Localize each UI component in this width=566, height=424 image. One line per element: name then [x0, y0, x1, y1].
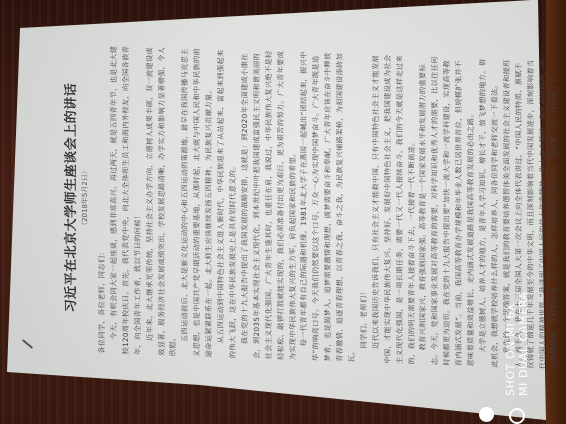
- document-paragraph: 每一代青年都有自己的际遇和机缘。1981年北大学子在燕园一起喊出“团结起来，振兴…: [298, 51, 358, 363]
- watermark-text: SHOT ON MI 6X MI DUAL CAMERA: [504, 291, 530, 396]
- document-paragraph: 五四运动前后，北大是新文化运动的中心和五四运动的策源地，最早在我国传播马克思主义…: [179, 46, 215, 357]
- document-body: 各位同学，各位老师，同志们： 今天，有机会同大家一起座谈，感到非常高兴。再过两天…: [96, 43, 518, 368]
- document-paragraph: 我在党的十九大报告中提出了我国发展的战略安排，这就是：到2020年全面建成小康社…: [239, 48, 299, 360]
- document-paragraph: 今天，有机会同大家一起座谈，感到非常高兴。再过两天，就是五四青年节，也是北大建校…: [108, 44, 144, 355]
- document-paragraph: 各位同学，各位老师，同志们：: [96, 43, 108, 353]
- document-date: （2018年5月2日）: [80, 33, 90, 363]
- document-paragraph: 近代以来我国历史告诉我们，只有社会主义才能救中国，只有中国特色社会主义才能发展中…: [370, 53, 418, 365]
- document-paragraph: 同学们、老师们！: [358, 53, 370, 363]
- watermark-filled-circle-icon: [479, 407, 494, 422]
- document-paragraph: 从五四运动到中国特色社会主义进入新时代，中华民族迎来了从站起来、富起来到强起来的…: [215, 48, 239, 359]
- document-title: 习近平在北京大学师生座谈会上的讲话: [60, 32, 79, 363]
- watermark-outline-circle-icon: [509, 408, 525, 424]
- document-paragraph: 近年来，北大继承光荣传统，坚持社会主义办学方向，立德树人成果丰硕，双一流建设成效…: [144, 45, 180, 356]
- watermark-line-1: SHOT ON MI 6X: [504, 291, 517, 396]
- document-paragraph: 教育兴则国家兴，教育强则国家强。高等教育是一个国家发展水平和发展潜力的重要标志。…: [417, 55, 477, 367]
- camera-watermark: SHOT ON MI 6X MI DUAL CAMERA: [498, 300, 558, 424]
- watermark-line-2: MI DUAL CAMERA: [517, 291, 530, 396]
- printed-document: 习近平在北京大学师生座谈会上的讲话 （2018年5月2日） 各位同学，各位老师，…: [48, 32, 518, 378]
